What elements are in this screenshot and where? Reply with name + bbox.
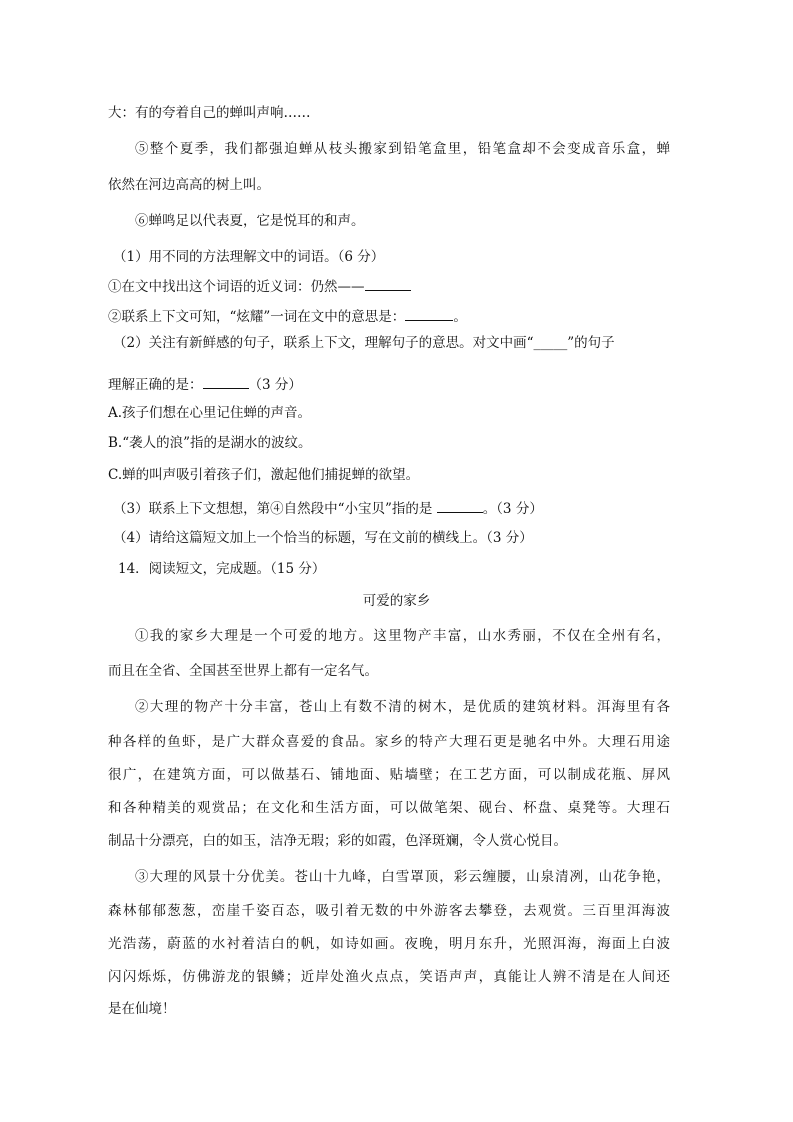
question-2-text-end: ”的句子 [567, 335, 614, 351]
passage-line: 依然在河边高高的树上叫。 [108, 176, 270, 194]
passage-line: 制品十分漂亮，白的如玉，洁净无瑕；彩的如霞，色泽斑斓，令人赏心悦目。 [108, 832, 567, 850]
question-1b: ②联系上下文可知，“炫耀”一词在文中的意思是：。 [108, 306, 467, 326]
answer-blank[interactable] [405, 306, 453, 321]
question-1a-text: ①在文中找出这个词语的近义词：仍然—— [108, 279, 365, 295]
passage-line: 和各种精美的观赏品；在文化和生活方面，可以做笔架、砚台、杯盘、桌凳等。大理石 [108, 799, 670, 817]
question-3: （3）联系上下文想想，第④自然段中“小宝贝”指的是 。（3 分） [113, 498, 543, 518]
option-a: A.孩子们想在心里记住蝉的声音。 [108, 404, 311, 422]
question-2: （2）关注有新鲜感的句子，联系上下文，理解句子的意思。对文中画“_____”的句… [113, 334, 615, 352]
question-1b-text: ②联系上下文可知，“炫耀”一词在文中的意思是： [108, 309, 405, 325]
passage-line: 森林郁郁葱葱，峦崖千姿百态，吸引着无数的中外游客去攀登，去观赏。三百里洱海波 [108, 902, 670, 920]
passage-paragraph-2: ②大理的物产十分丰富，苍山上有数不清的树木，是优质的建筑材料。洱海里有各 [135, 698, 670, 716]
passage-line: 闪闪烁烁，仿佛游龙的银鳞；近岸处渔火点点，笑语声声，真能让人辨不清是在人间还 [108, 968, 670, 986]
answer-blank[interactable] [365, 276, 411, 291]
passage-paragraph-1: ①我的家乡大理是一个可爱的地方。这里物产丰富，山水秀丽，不仅在全州有名， [135, 627, 670, 645]
question-2-cont: 理解正确的是：（3 分） [108, 374, 302, 394]
question-2-text: （2）关注有新鲜感的句子，联系上下文，理解句子的意思。对文中画“ [113, 335, 534, 351]
question-4: （4）请给这篇短文加上一个恰当的标题，写在文前的横线上。（3 分） [113, 529, 533, 547]
passage-paragraph-6: ⑥蝉鸣足以代表夏，它是悦耳的和声。 [135, 212, 365, 230]
passage-paragraph-3: ③大理的风景十分优美。苍山十九峰，白雪罩顶，彩云缠腰，山泉清冽，山花争艳， [135, 868, 670, 886]
passage-line: 很广，在建筑方面，可以做基石、铺地面、贴墙壁；在工艺方面，可以制成花瓶、屏风 [108, 766, 670, 784]
passage-paragraph-5: ⑤整个夏季，我们都强迫蝉从枝头搬家到铅笔盒里，铅笔盒却不会变成音乐盒，蝉 [135, 140, 670, 158]
punctuation: 。 [453, 309, 467, 325]
passage-title: 可爱的家乡 [0, 592, 793, 610]
score: （3 分） [249, 377, 302, 393]
option-c: C.蝉的叫声吸引着孩子们，激起他们捕捉蝉的欲望。 [108, 466, 419, 484]
passage-line: 是在仙境！ [108, 1000, 176, 1018]
question-14-heading: 14．阅读短文，完成题。（15 分） [118, 560, 325, 578]
answer-blank[interactable] [203, 374, 249, 389]
score: 。（3 分） [483, 501, 543, 517]
passage-line: 而且在全省、全国甚至世界上都有一定名气。 [108, 662, 378, 680]
question-1: （1）用不同的方法理解文中的词语。（6 分） [113, 248, 384, 266]
option-b: B.“袭人的浪”指的是湖水的波纹。 [108, 434, 312, 452]
passage-line: 种各样的鱼虾，是广大群众喜爱的食品。家乡的特产大理石更是驰名中外。大理石用途 [108, 733, 670, 751]
underline-marker: _____ [534, 335, 568, 351]
question-2-prompt: 理解正确的是： [108, 377, 203, 393]
answer-blank[interactable] [437, 498, 483, 513]
question-1a: ①在文中找出这个词语的近义词：仍然—— [108, 276, 411, 296]
question-3-text: （3）联系上下文想想，第④自然段中“小宝贝”指的是 [113, 501, 437, 517]
passage-line: 大：有的夸着自己的蝉叫声响…… [108, 104, 311, 122]
passage-line: 光浩荡，蔚蓝的水衬着洁白的帆，如诗如画。夜晚，明月东升，光照洱海，海面上白波 [108, 935, 670, 953]
